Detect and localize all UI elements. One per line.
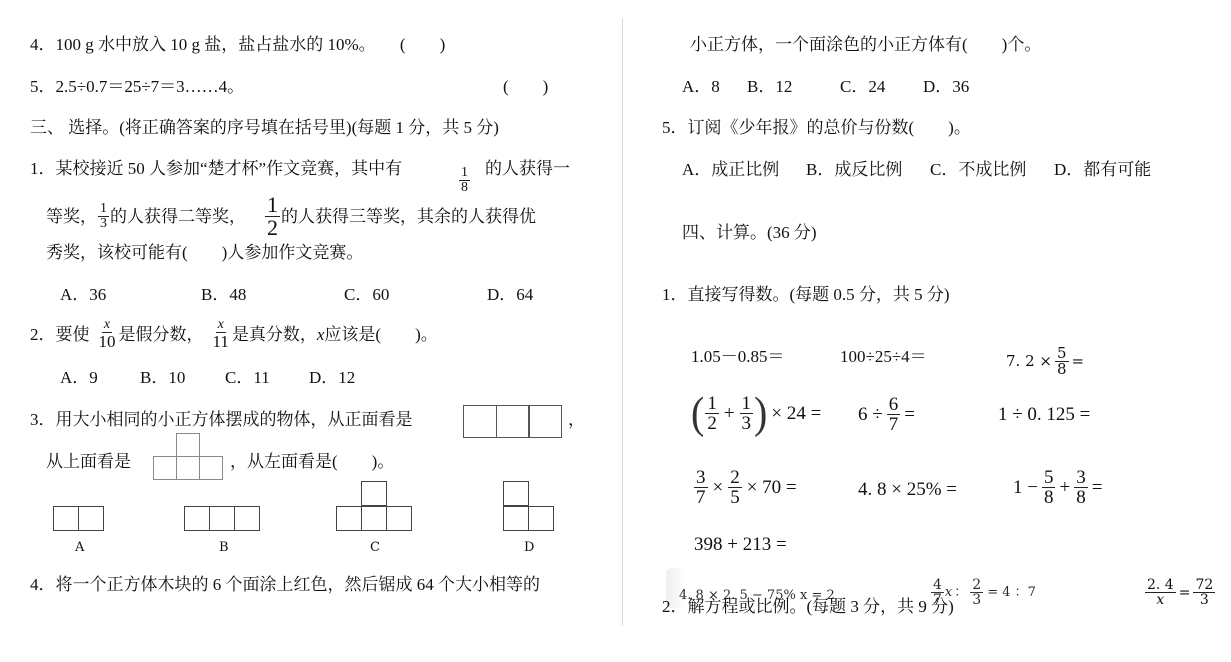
q5-option-d[interactable]: D．都有可能 [1054, 161, 1151, 178]
cube-face [234, 506, 260, 531]
q4-text: 小正方体，一个面涂色的小正方体有( )个。 [690, 36, 1041, 53]
q5-option-a[interactable]: A．成正比例 [682, 161, 779, 178]
cube-face [528, 506, 554, 531]
column-divider [622, 18, 623, 625]
q3-text: ，从左面看是( )。 [230, 453, 394, 470]
denominator: 3 [98, 217, 109, 231]
numerator: 2. 4 [1145, 578, 1176, 593]
cube-face [176, 433, 200, 457]
expression-5: 6 ÷ 67 = [858, 395, 915, 434]
expr-text: 7. 2 × [1006, 354, 1052, 369]
expr-text: = [1072, 354, 1085, 369]
denominator: 3 [1198, 593, 1211, 607]
denominator: 8 [1074, 488, 1088, 507]
q1-option-b[interactable]: B．48 [201, 286, 246, 303]
right-paren: ) [754, 391, 767, 435]
equation-1: 4. 8 × 2. 5 − 75% x = 2 [679, 589, 835, 602]
expr-text: = [1092, 478, 1103, 497]
cube-face [184, 506, 210, 531]
equation-3: 2. 4x = 723 [1144, 578, 1216, 607]
calc1-heading: 1．直接写得数。(每题 0.5 分，共 5 分) [662, 286, 950, 303]
option-a-label: A [75, 540, 84, 555]
cube-face [503, 506, 529, 531]
q5-option-c[interactable]: C．不成比例 [930, 161, 1026, 178]
q4-option-d[interactable]: D．36 [923, 78, 969, 95]
expression-2: 100÷25÷4＝ [840, 348, 927, 365]
q1-text: 等奖， [46, 208, 97, 225]
answer-blank[interactable]: ( ) [503, 78, 548, 95]
cube-face [361, 481, 387, 506]
numerator: 5 [1042, 468, 1056, 488]
q1-text: 的人获得三等奖，其余的人获得优 [281, 208, 536, 225]
operator: + [724, 404, 735, 423]
numerator: 1 [459, 166, 470, 181]
denominator: 11 [211, 333, 231, 350]
denominator: 3 [970, 593, 983, 607]
variable-x: x [317, 326, 325, 343]
front-view-figure [463, 405, 562, 438]
denominator: 3 [740, 414, 754, 433]
cube-face [153, 456, 177, 480]
section-4-heading: 四、计算。(36 分) [682, 224, 817, 241]
q4-text: 4．将一个正方体木块的 6 个面涂上红色，然后锯成 64 个大小相等的 [30, 576, 540, 593]
q5-text: 5．订阅《少年报》的总价与份数( )。 [662, 119, 971, 136]
numerator: 3 [1074, 468, 1088, 488]
denominator: 2 [705, 414, 719, 433]
expr-text: 1 − [1013, 478, 1038, 497]
numerator: 2 [970, 578, 983, 593]
q1-option-a[interactable]: A．36 [60, 286, 106, 303]
expression-4: ( 12 + 13 ) × 24 = [691, 393, 821, 433]
cube-face [53, 506, 79, 531]
numerator: 2 [728, 468, 742, 488]
numerator: 1 [705, 394, 719, 414]
q2-option-b[interactable]: B．10 [140, 369, 185, 386]
q1-text: 的人获得二等奖， [110, 208, 246, 225]
q2-text: 是真分数， [232, 326, 317, 343]
cube-face [386, 506, 412, 531]
expression-3: 7. 2 × 58 = [1006, 346, 1084, 377]
q2-option-c[interactable]: C．11 [225, 369, 270, 386]
q1-text: 秀奖，该校可能有( )人参加作文竞赛。 [46, 244, 363, 261]
fraction-one-eighth: 18 [458, 166, 471, 195]
expression-7: 37 × 25 × 70 = [693, 468, 797, 507]
expr-text: = [904, 405, 915, 424]
expression-10: 398 + 213 = [694, 535, 787, 554]
cube-face [336, 506, 362, 531]
cube-face [209, 506, 235, 531]
q3-text: 3．用大小相同的小正方体摆成的物体，从正面看是 [30, 411, 413, 428]
q2-option-d[interactable]: D．12 [309, 369, 355, 386]
cube-face [361, 506, 387, 531]
item-text: 100 g 水中放入 10 g 盐，盐占盐水的 10%。 [56, 35, 376, 54]
denominator: 8 [1042, 488, 1056, 507]
cube-face [199, 456, 223, 480]
operator: + [1059, 478, 1070, 497]
q4-option-b[interactable]: B．12 [747, 78, 792, 95]
q2-option-a[interactable]: A．9 [60, 369, 98, 386]
expression-1: 1.05－0.85＝ [691, 348, 785, 365]
cube-face [78, 506, 104, 531]
numerator: x [102, 318, 112, 333]
q1-line2: 等奖， 13 的人获得二等奖， 12 的人获得三等奖，其余的人获得优 [46, 194, 536, 239]
item-number: 5． [30, 77, 56, 96]
left-paren: ( [691, 391, 704, 435]
item-number: 4． [30, 35, 56, 54]
variable-x: x [945, 586, 952, 599]
denominator: 10 [97, 333, 118, 350]
q4-option-a[interactable]: A．8 [682, 78, 720, 95]
denominator: 2 [265, 217, 280, 239]
numerator: x [216, 318, 226, 333]
equation-2: 47 x ： 23 = 4 ：7 [930, 578, 1036, 607]
q1-option-c[interactable]: C．60 [344, 286, 389, 303]
denominator: x [1154, 593, 1166, 607]
numerator: 3 [694, 468, 708, 488]
denominator: 7 [931, 593, 944, 607]
expr-text: × 24 = [771, 404, 821, 423]
q2-text: 2．要使 [30, 326, 90, 343]
q5-option-b[interactable]: B．成反比例 [806, 161, 902, 178]
q2-text: 应该是( )。 [324, 326, 437, 343]
section-3-heading: 三、 选择。(将正确答案的序号填在括号里)(每题 1 分，共 5 分) [30, 119, 499, 136]
expr-text: × 70 = [747, 478, 797, 497]
tf-item-5: 5．2.5÷0.7＝25÷7＝3……4。 [30, 78, 244, 95]
q1-text: 1．某校接近 50 人参加“楚才杯”作文竞赛，其中有 [30, 159, 402, 178]
item-text: 2.5÷0.7＝25÷7＝3……4。 [56, 77, 245, 96]
q1-text: 的人获得一 [485, 160, 570, 177]
q3-text: ， [568, 411, 585, 428]
denominator: 8 [1055, 362, 1069, 377]
expr-text: 6 ÷ [858, 405, 883, 424]
cube-face [176, 456, 200, 480]
numerator: 4 [931, 578, 944, 593]
expr-text: = 4 ：7 [987, 586, 1036, 599]
numerator: 1 [98, 202, 109, 217]
option-b-label: B [219, 540, 229, 555]
numerator: 1 [740, 394, 754, 414]
q3-text: 从上面看是 [46, 453, 131, 470]
denominator: 8 [459, 181, 470, 195]
numerator: 72 [1193, 578, 1215, 593]
cube-face [463, 405, 497, 438]
option-c-label: C [370, 540, 380, 555]
cube-face [528, 405, 562, 438]
ratio-colon: ： [954, 586, 967, 599]
operator: × [713, 478, 724, 497]
q1-line1: 1．某校接近 50 人参加“楚才杯”作文竞赛，其中有 [30, 160, 402, 177]
expression-6: 1 ÷ 0. 125 = [998, 405, 1090, 424]
q2-text: 是假分数， [119, 326, 204, 343]
expression-9: 1 − 58 + 38 = [1013, 468, 1102, 507]
top-view-figure [153, 433, 223, 481]
numerator: 6 [887, 395, 901, 415]
cube-face [503, 481, 529, 506]
denominator: 7 [887, 415, 901, 434]
q4-option-c[interactable]: C．24 [840, 78, 885, 95]
expression-8: 4. 8 × 25% = [858, 480, 957, 499]
denominator: 5 [728, 488, 742, 507]
option-d-label: D [524, 540, 534, 555]
tf-item-4: 4．100 g 水中放入 10 g 盐，盐占盐水的 10%。 ( ) [30, 36, 445, 53]
denominator: 7 [694, 488, 708, 507]
numerator: 1 [265, 194, 280, 217]
q1-option-d[interactable]: D．64 [487, 286, 533, 303]
operator: = [1179, 586, 1191, 600]
answer-blank[interactable]: ( ) [400, 35, 445, 54]
q2-line: 2．要使 x10 是假分数， x11 是真分数， x 应该是( )。 [30, 318, 438, 350]
cube-face [496, 405, 530, 438]
